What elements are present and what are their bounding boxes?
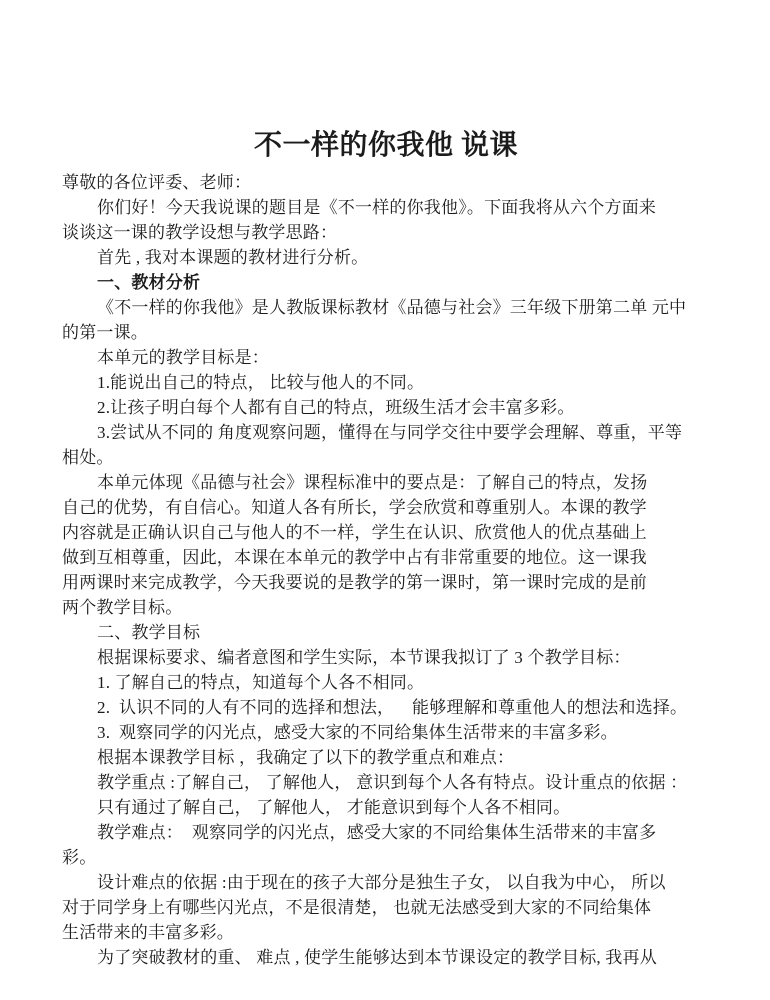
text-line: 谈谈这一课的教学设想与教学思路： — [62, 220, 710, 245]
document-page: 不一样的你我他 说课 尊敬的各位评委、老师：你们好！今天我说课的题目是《不一样的… — [0, 0, 770, 1000]
document-body: 尊敬的各位评委、老师：你们好！今天我说课的题目是《不一样的你我他》。下面我将从六… — [62, 170, 710, 970]
text-line: 彩。 — [62, 845, 710, 870]
text-line: 为了突破教材的重、 难点 , 使学生能够达到本节课设定的教学目标, 我再从 — [62, 945, 710, 970]
text-line: 2. 认识不同的人有不同的选择和想法， 能够理解和尊重他人的想法和选择。 — [62, 695, 710, 720]
text-line: 《不一样的你我他》是人教版课标教材《品德与社会》三年级下册第二单 元中 — [62, 295, 710, 320]
text-line: 2.让孩子明白每个人都有自己的特点，班级生活才会丰富多彩。 — [62, 395, 710, 420]
text-line: 两个教学目标。 — [62, 595, 710, 620]
text-line: 1.能说出自己的特点， 比较与他人的不同。 — [62, 370, 710, 395]
text-line: 尊敬的各位评委、老师： — [62, 170, 710, 195]
text-line: 内容就是正确认识自己与他人的不一样，学生在认识、欣赏他人的优点基础上 — [62, 520, 710, 545]
text-line: 设计难点的依据 :由于现在的孩子大部分是独生子女， 以自我为中心， 所以 — [62, 870, 710, 895]
text-line: 对于同学身上有哪些闪光点，不是很清楚， 也就无法感受到大家的不同给集体 — [62, 895, 710, 920]
text-line: 根据本课教学目标 ，我确定了以下的教学重点和难点： — [62, 745, 710, 770]
text-line: 根据课标要求、编者意图和学生实际，本节课我拟订了 3 个教学目标： — [62, 645, 710, 670]
text-line: 用两课时来完成教学，今天我要说的是教学的第一课时，第一课时完成的是前 — [62, 570, 710, 595]
text-line: 本单元的教学目标是： — [62, 345, 710, 370]
text-line: 你们好！今天我说课的题目是《不一样的你我他》。下面我将从六个方面来 — [62, 195, 710, 220]
text-line: 3.尝试从不同的 角度观察问题，懂得在与同学交往中要学会理解、尊重，平等 — [62, 420, 710, 445]
text-line: 二、教学目标 — [62, 620, 710, 645]
text-line: 教学难点： 观察同学的闪光点，感受大家的不同给集体生活带来的丰富多 — [62, 820, 710, 845]
text-line: 自己的优势，有自信心。知道人各有所长，学会欣赏和尊重别人。本课的教学 — [62, 495, 710, 520]
text-line: 教学重点 :了解自己， 了解他人， 意识到每个人各有特点。设计重点的依据 ： — [62, 770, 710, 795]
text-line: 3. 观察同学的闪光点，感受大家的不同给集体生活带来的丰富多彩。 — [62, 720, 710, 745]
text-line: 1. 了解自己的特点，知道每个人各不相同。 — [62, 670, 710, 695]
text-line: 生活带来的丰富多彩。 — [62, 920, 710, 945]
document-title: 不一样的你我他 说课 — [62, 130, 710, 162]
text-line: 首先 , 我对本课题的教材进行分析。 — [62, 245, 710, 270]
text-line: 相处。 — [62, 445, 710, 470]
text-line: 的第一课。 — [62, 320, 710, 345]
text-line: 一、教材分析 — [62, 270, 710, 295]
text-line: 做到互相尊重，因此，本课在本单元的教学中占有非常重要的地位。这一课我 — [62, 545, 710, 570]
text-line: 只有通过了解自己， 了解他人， 才能意识到每个人各不相同。 — [62, 795, 710, 820]
text-line: 本单元体现《品德与社会》课程标准中的要点是：了解自己的特点，发扬 — [62, 470, 710, 495]
